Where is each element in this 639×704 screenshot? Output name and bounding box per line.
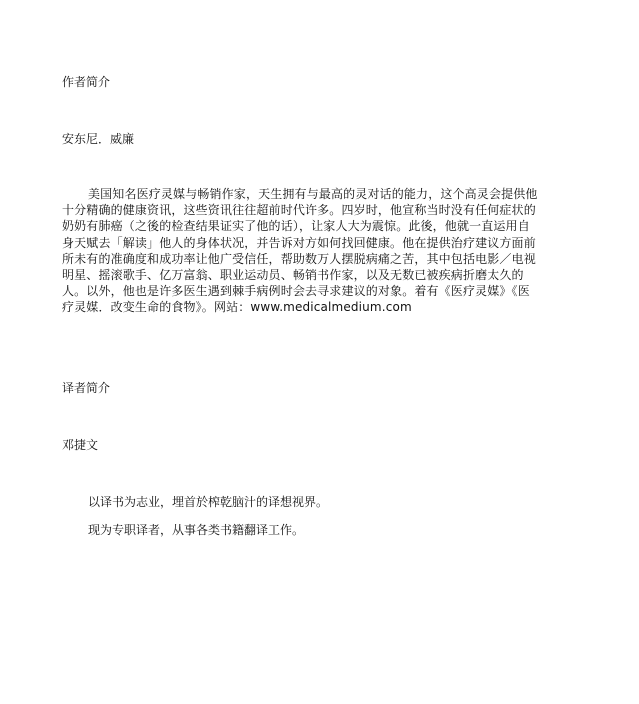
author-bio-line: 身天赋去「解读」他人的身体状况，并告诉对方如何找回健康。他在提供治疗建议方面前 xyxy=(62,235,584,251)
author-bio-line: 人。以外，他也是许多医生遇到棘手病例时会去寻求建议的对象。着有《医疗灵媒》《医 xyxy=(62,283,584,299)
author-bio-line: 疗灵媒．改变生命的食物》。网站：www.medicalmedium.com xyxy=(62,299,584,315)
translator-bio-line-1: 以译书为志业，埋首於榨乾脑汁的译想视界。 xyxy=(62,494,328,510)
author-bio-line: 明星、摇滚歌手、亿万富翁、职业运动员、畅销书作家，以及无数已被疾病折磨太久的 xyxy=(62,267,584,283)
translator-bio-line-2: 现为专职译者，从事各类书籍翻译工作。 xyxy=(62,522,304,538)
author-bio-line: 美国知名医疗灵媒与畅销作家，天生拥有与最高的灵对话的能力，这个高灵会提供他 xyxy=(62,186,584,202)
author-bio: 美国知名医疗灵媒与畅销作家，天生拥有与最高的灵对话的能力，这个高灵会提供他 十分… xyxy=(62,186,584,316)
author-bio-line: 十分精确的健康资讯，这些资讯往往超前时代许多。四岁时，他宣称当时没有任何症状的 xyxy=(62,202,584,218)
translator-name: 邓捷文 xyxy=(62,437,98,453)
translator-heading: 译者简介 xyxy=(62,380,110,396)
author-bio-line: 奶奶有肺癌（之後的检查结果证实了他的话），让家人大为震惊。此後，他就一直运用自 xyxy=(62,218,584,234)
author-heading: 作者简介 xyxy=(62,74,110,90)
author-bio-line: 所未有的准确度和成功率让他广受信任，帮助数万人摆脱病痛之苦，其中包括电影／电视 xyxy=(62,251,584,267)
author-name: 安东尼．威廉 xyxy=(62,131,134,147)
